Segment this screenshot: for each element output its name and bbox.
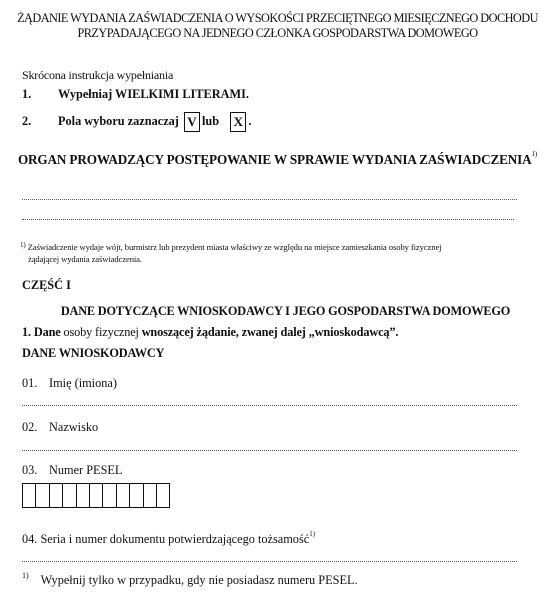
field-number: 04.	[22, 532, 37, 546]
footnote-line-1: Zaświadczenie wydaje wójt, burmistrz lub…	[28, 242, 442, 252]
checkbox-example-x: X	[230, 112, 246, 132]
part-heading: DANE DOTYCZĄCE WNIOSKODAWCY I JEGO GOSPO…	[0, 304, 555, 319]
instruction-item-1: 1.Wypełniaj WIELKIMI LITERAMI.	[22, 87, 249, 102]
first-name-input[interactable]	[22, 405, 517, 406]
checkbox-example-v: V	[184, 112, 200, 132]
section-1-normal: osoby fizycznej	[61, 325, 142, 339]
pesel-digit-cell[interactable]	[102, 483, 115, 508]
footnote-ref: 1)	[532, 150, 538, 158]
footnote-ref: 1)	[22, 571, 29, 580]
footnote-organ: 1) Zaświadczenie wydaje wójt, burmistrz …	[20, 241, 530, 265]
footnote-line-2: żądającej wydania zaświadczenia.	[20, 253, 530, 265]
section-1-bold-a: 1. Dane	[22, 325, 61, 339]
field-surname-label: 02.Nazwisko	[22, 420, 98, 435]
pesel-digit-cell[interactable]	[89, 483, 102, 508]
section-1-bold-b: wnoszącej żądanie, zwanej dalej „wniosko…	[142, 325, 399, 339]
footnote-pesel: 1)Wypełnij tylko w przypadku, gdy nie po…	[22, 573, 358, 588]
field-label: Seria i numer dokumentu potwierdzającego…	[40, 532, 309, 546]
instructions-heading: Skrócona instrukcja wypełniania	[22, 68, 173, 83]
pesel-digit-cell[interactable]	[143, 483, 156, 508]
field-number: 02.	[22, 420, 49, 435]
field-id-document-label: 04. Seria i numer dokumentu potwierdzają…	[22, 532, 315, 547]
pesel-digit-cell[interactable]	[156, 483, 170, 508]
field-pesel-label: 03.Numer PESEL	[22, 463, 122, 478]
id-document-input[interactable]	[22, 561, 517, 562]
part-label: CZĘŚĆ I	[22, 278, 71, 293]
field-label: Numer PESEL	[49, 463, 122, 477]
pesel-digit-cell[interactable]	[129, 483, 142, 508]
footnote-ref: 1)	[309, 530, 315, 538]
instruction-end: .	[248, 114, 251, 128]
applicant-data-heading: DANE WNIOSKODAWCY	[22, 346, 164, 361]
surname-input[interactable]	[22, 450, 517, 451]
title-line-2: PRZYPADAJĄCEGO NA JEDNEGO CZŁONKA GOSPOD…	[0, 26, 555, 41]
title-line-1: ŻĄDANIE WYDANIA ZAŚWIADCZENIA O WYSOKOŚC…	[0, 11, 555, 26]
footnote-ref: 1)	[20, 241, 26, 249]
pesel-digit-cell[interactable]	[62, 483, 75, 508]
instruction-text: Pola wyboru zaznaczaj	[58, 114, 179, 128]
field-label: Imię (imiona)	[49, 376, 117, 390]
instruction-text: Wypełniaj WIELKIMI LITERAMI.	[58, 87, 249, 101]
organ-heading: ORGAN PROWADZĄCY POSTĘPOWANIE W SPRAWIE …	[0, 152, 555, 168]
document-title: ŻĄDANIE WYDANIA ZAŚWIADCZENIA O WYSOKOŚC…	[0, 11, 555, 41]
pesel-input-boxes[interactable]	[22, 483, 170, 508]
organ-input-line-1[interactable]	[22, 199, 517, 200]
instruction-number: 1.	[22, 87, 58, 102]
section-1-title: 1. Dane osoby fizycznej wnoszącej żądani…	[22, 325, 398, 340]
pesel-digit-cell[interactable]	[22, 483, 35, 508]
pesel-digit-cell[interactable]	[116, 483, 129, 508]
field-number: 03.	[22, 463, 49, 478]
footnote-text: Wypełnij tylko w przypadku, gdy nie posi…	[41, 573, 358, 587]
instruction-number: 2.	[22, 114, 58, 129]
pesel-digit-cell[interactable]	[49, 483, 62, 508]
pesel-digit-cell[interactable]	[76, 483, 89, 508]
field-first-name-label: 01.Imię (imiona)	[22, 376, 117, 391]
field-label: Nazwisko	[49, 420, 98, 434]
organ-input-line-2[interactable]	[22, 219, 514, 220]
instruction-item-2: 2.Pola wyboru zaznaczaj Vlub X.	[22, 112, 251, 132]
instruction-connector: lub	[202, 114, 219, 128]
pesel-digit-cell[interactable]	[35, 483, 48, 508]
field-number: 01.	[22, 376, 49, 391]
organ-heading-text: ORGAN PROWADZĄCY POSTĘPOWANIE W SPRAWIE …	[18, 152, 532, 167]
